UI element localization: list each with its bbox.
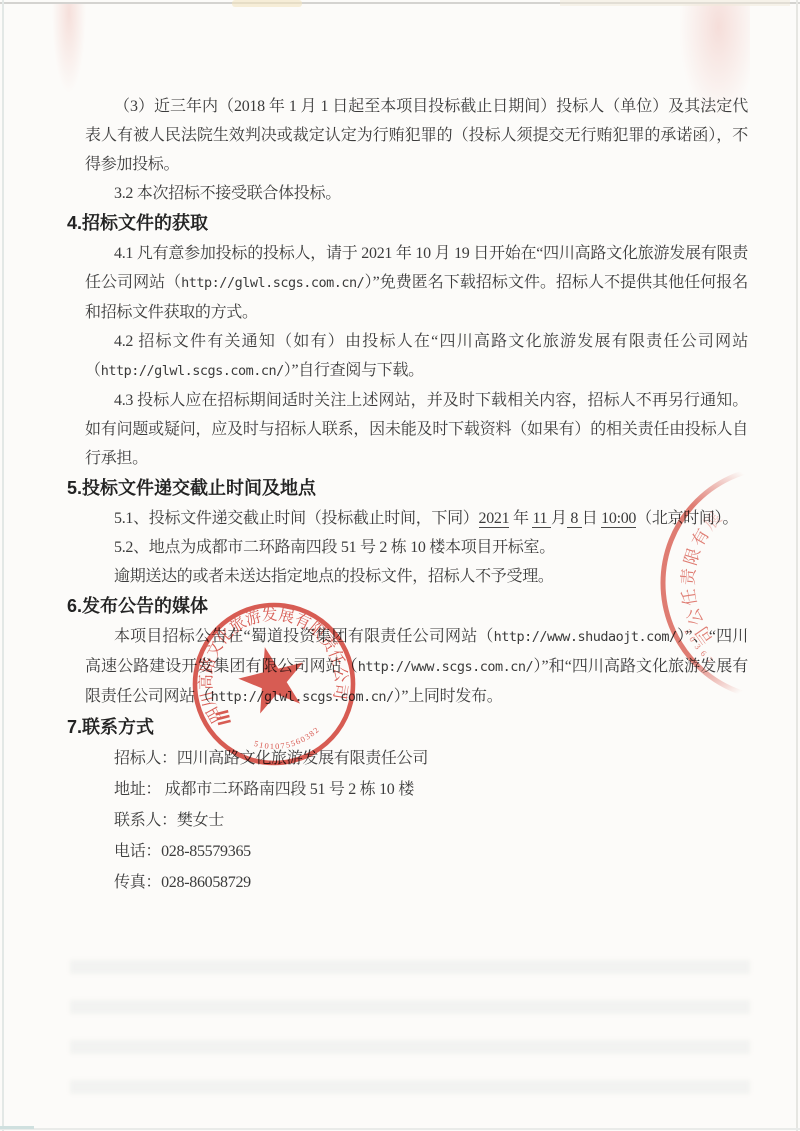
url-text: http://glwl.scgs.com.cn/ — [181, 275, 364, 291]
paragraph-4-2: 4.2 招标文件有关通知（如有）由投标人在“四川高路文化旅游发展有限责任公司网站… — [85, 327, 748, 386]
url-text: http://glwl.scgs.com.cn/ — [101, 363, 284, 379]
section-heading-7: 7.联系方式 — [67, 712, 748, 743]
paragraph-5-2: 5.2、地点为成都市二环路南四段 51 号 2 栋 10 楼本项目开标室。 — [85, 533, 748, 562]
contact-row-address: 地址： 成都市二环路南四段 51 号 2 栋 10 楼 — [114, 774, 748, 805]
text-segment: 5.1、投标文件递交截止时间（投标截止时间，下同） — [114, 510, 479, 527]
contact-label: 电话： — [114, 836, 161, 867]
deadline-year: 2021 — [479, 510, 510, 528]
section-heading-4: 4.招标文件的获取 — [67, 208, 748, 239]
text-segment: 月 — [551, 510, 567, 527]
section-heading-6: 6.发布公告的媒体 — [67, 591, 748, 622]
document-content: （3）近三年内（2018 年 1 月 1 日起至本项目投标截止日期间）投标人（单… — [85, 92, 748, 898]
url-text: http://www.scgs.com.cn/ — [358, 659, 533, 675]
scanned-document-page: （3）近三年内（2018 年 1 月 1 日起至本项目投标截止日期间）投标人（单… — [0, 0, 800, 1131]
paragraph-4-1: 4.1 凡有意参加投标的投标人，请于 2021 年 10 月 19 日开始在“四… — [85, 239, 748, 327]
paragraph-5-note: 逾期送达的或者未送达指定地点的投标文件，招标人不予受理。 — [85, 562, 748, 591]
scan-edge-bottom — [0, 1128, 800, 1130]
contact-label: 招标人： — [114, 743, 177, 774]
contact-value: 028-86058729 — [161, 874, 251, 891]
scan-artifact — [52, 4, 86, 94]
contact-row-fax: 传真：028-86058729 — [114, 867, 748, 898]
url-text: http://glwl.scgs.com.cn/ — [211, 689, 394, 705]
deadline-month: 11 — [532, 510, 551, 528]
text-segment: 日 — [582, 510, 601, 527]
contact-row-tenderee: 招标人：四川高路文化旅游发展有限责任公司 — [114, 743, 748, 774]
scan-edge-left — [2, 0, 4, 1131]
text-segment: ）”上同时发布。 — [394, 688, 503, 705]
contact-row-person: 联系人：樊女士 — [114, 805, 748, 836]
contact-value: 028-85579365 — [161, 843, 251, 860]
url-text: http://www.shudaojt.com/ — [494, 629, 677, 645]
paragraph-6: 本项目招标公告在“蜀道投资集团有限责任公司网站（http://www.shuda… — [85, 622, 748, 712]
text-segment: （北京时间）。 — [636, 510, 738, 527]
paragraph-4-3: 4.3 投标人应在招标期间适时关注上述网站，并及时下载相关内容，招标人不再另行通… — [85, 386, 748, 473]
deadline-day: 8 — [567, 510, 582, 528]
paragraph-5-1: 5.1、投标文件递交截止时间（投标截止时间，下同）2021 年 11 月 8 日… — [85, 504, 748, 533]
text-segment: 本项目招标公告在“蜀道投资集团有限责任公司网站（ — [114, 628, 494, 645]
scan-edge-right — [796, 0, 798, 1131]
reverse-side-bleedthrough — [70, 952, 750, 1120]
contact-label: 地址： — [114, 774, 161, 805]
text-segment: 年 — [509, 510, 532, 527]
contact-value: 樊女士 — [177, 812, 224, 829]
contact-label: 联系人： — [114, 805, 177, 836]
section-heading-5: 5.投标文件递交截止时间及地点 — [67, 473, 748, 504]
paragraph-3: （3）近三年内（2018 年 1 月 1 日起至本项目投标截止日期间）投标人（单… — [85, 92, 748, 179]
deadline-time: 10:00 — [601, 510, 636, 528]
text-segment: ）”自行查阅与下载。 — [284, 362, 424, 379]
scan-edge-mark — [0, 1126, 34, 1129]
contact-label: 传真： — [114, 867, 161, 898]
contact-row-phone: 电话：028-85579365 — [114, 836, 748, 867]
scan-edge-top — [0, 2, 800, 4]
contact-value: 四川高路文化旅游发展有限责任公司 — [177, 750, 428, 767]
contact-value: 成都市二环路南四段 51 号 2 栋 10 楼 — [161, 781, 414, 798]
paragraph-3-2: 3.2 本次招标不接受联合体投标。 — [85, 179, 748, 208]
